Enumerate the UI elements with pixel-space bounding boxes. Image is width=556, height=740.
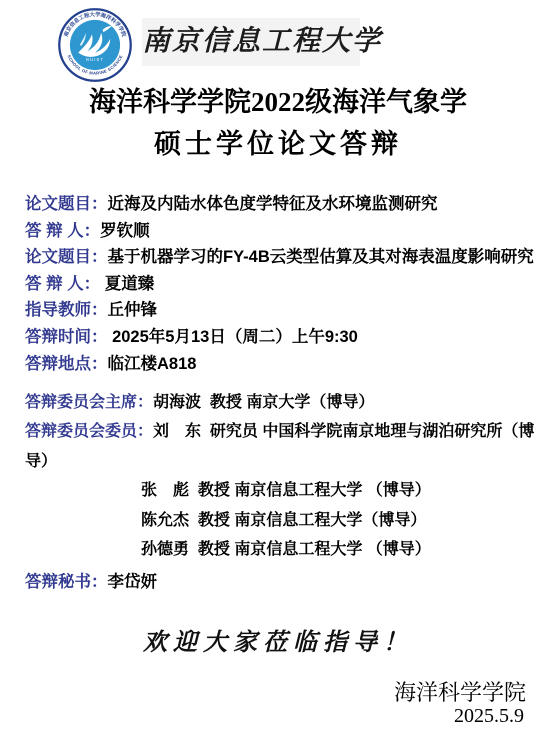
notice-title-line2: 硕士学位论文答辩 <box>0 122 556 161</box>
notice-title-line1: 海洋科学学院2022级海洋气象学 <box>0 80 556 119</box>
welcome-message: 欢迎大家莅临指导！ <box>0 622 556 657</box>
seal-inner-acronym: NUIST <box>86 57 104 62</box>
thesis1-label: 论文题目： <box>25 195 108 213</box>
defense-time-label: 答辩时间： <box>25 328 108 346</box>
defense-info-block: 论文题目：近海及内陆水体色度学特征及水环境监测研究 答 辩 人：罗钦顺 论文题目… <box>25 191 546 377</box>
advisor-label: 指导教师： <box>25 301 108 319</box>
committee-members-label: 答辩委员会委员： <box>25 423 153 440</box>
committee-member-line: 张 彪 教授 南京信息工程大学 （博导） <box>25 476 551 505</box>
thesis2-label: 论文题目： <box>25 248 108 266</box>
committee-member-line: 答辩委员会委员：刘 东 研究员 中国科学院南京地理与湖泊研究所（博导） <box>25 417 551 476</box>
secretary-name: 李岱妍 <box>108 573 158 591</box>
thesis2-line: 论文题目：基于机器学习的FY-4B云类型估算及其对海表温度影响研究 <box>25 244 546 271</box>
committee-chair-label: 答辩委员会主席： <box>25 394 153 411</box>
committee-member-1: 张 彪 教授 南京信息工程大学 （博导） <box>141 482 431 499</box>
thesis-defense-notice: 南京信息工程大学海洋科学学院 SCHOOL OF MARINE SCIENCE … <box>0 0 556 740</box>
secretary-line: 答辩秘书：李岱妍 <box>25 568 157 592</box>
thesis1-title: 近海及内陆水体色度学特征及水环境监测研究 <box>108 195 438 213</box>
committee-chair-value: 胡海波 教授 南京大学（博导） <box>153 394 374 411</box>
defender1-line: 答 辩 人：罗钦顺 <box>25 218 546 245</box>
footer-date: 2025.5.9 <box>454 705 524 728</box>
defense-venue-value: 临江楼A818 <box>108 355 197 373</box>
defender1-label: 答 辩 人： <box>25 222 100 240</box>
thesis2-title: 基于机器学习的FY-4B云类型估算及其对海表温度影响研究 <box>108 248 534 266</box>
marine-science-college-seal-icon: 南京信息工程大学海洋科学学院 SCHOOL OF MARINE SCIENCE … <box>57 7 133 83</box>
thesis1-line: 论文题目：近海及内陆水体色度学特征及水环境监测研究 <box>25 191 546 218</box>
defender2-label: 答 辩 人： <box>25 275 100 293</box>
secretary-label: 答辩秘书： <box>25 573 108 591</box>
defense-venue-label: 答辩地点： <box>25 355 108 373</box>
committee-block: 答辩委员会主席：胡海波 教授 南京大学（博导） 答辩委员会委员：刘 东 研究员 … <box>25 388 551 564</box>
committee-member-3: 孙德勇 教授 南京信息工程大学 （博导） <box>141 541 431 558</box>
committee-chair-line: 答辩委员会主席：胡海波 教授 南京大学（博导） <box>25 388 551 417</box>
university-name-calligraphy: 南京信息工程大学 <box>142 18 360 66</box>
defender2-line: 答 辩 人： 夏道臻 <box>25 271 546 298</box>
defense-time-value: 2025年5月13日（周二）上午9:30 <box>108 328 358 346</box>
footer-signature: 海洋科学学院 <box>394 676 526 707</box>
defense-venue-line: 答辩地点：临江楼A818 <box>25 351 546 378</box>
defense-time-line: 答辩时间： 2025年5月13日（周二）上午9:30 <box>25 324 546 351</box>
committee-member-2: 陈允杰 教授 南京信息工程大学（博导） <box>141 512 426 529</box>
defender2-name: 夏道臻 <box>100 275 154 293</box>
advisor-line: 指导教师：丘仲锋 <box>25 297 546 324</box>
seal-svg: 南京信息工程大学海洋科学学院 SCHOOL OF MARINE SCIENCE … <box>57 7 133 83</box>
advisor-name: 丘仲锋 <box>108 301 158 319</box>
defender1-name: 罗钦顺 <box>100 222 150 240</box>
committee-member-line: 陈允杰 教授 南京信息工程大学（博导） <box>25 506 551 535</box>
committee-member-line: 孙德勇 教授 南京信息工程大学 （博导） <box>25 535 551 564</box>
